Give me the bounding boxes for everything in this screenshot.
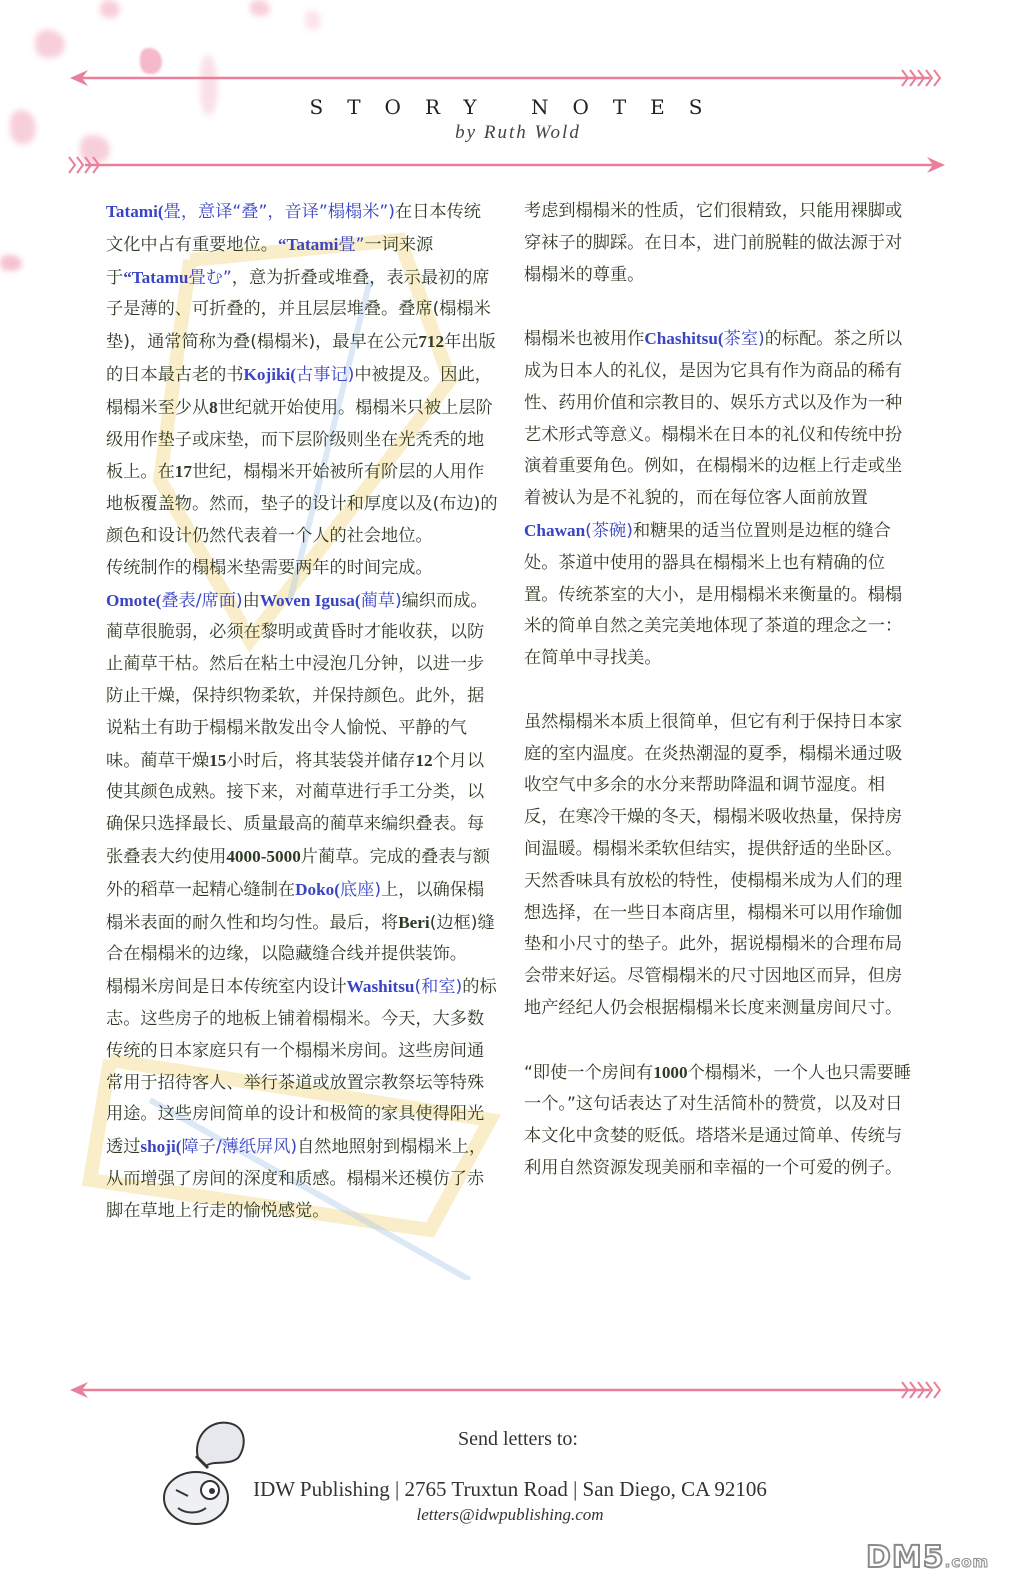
paragraph-tatami-rooms: 榻榻米房间是日本传统室内设计Washitsu(和室)的标志。这些房子的地板上铺着… — [106, 971, 498, 1227]
paragraph-tatami-quote: “即使一个房间有1000个榻榻米，一个人也只需要睡一个。”这句话表达了对生活简朴… — [524, 1057, 914, 1185]
paragraph-tatami-origin: Tatami(畳，意译“叠”，音译”榻榻米”)在日本传统文化中占有重要地位。“T… — [106, 196, 498, 553]
term-omote: Omote(叠表/席面) — [106, 591, 243, 610]
term-shoji: shoji(障子/薄纸屏风) — [140, 1137, 297, 1156]
site-watermark-logo: DM5.com — [866, 1540, 989, 1575]
send-letters-label: Send letters to: — [0, 1428, 1036, 1451]
term-tatamu: “Tatamu畳む” — [123, 268, 232, 287]
arrow-left-icon — [70, 1380, 950, 1400]
arrow-right-icon — [65, 155, 945, 175]
right-column: 考虑到榻榻米的性质，它们很精致，只能用裸脚或穿袜子的脚踩。在日本，进门前脱鞋的做… — [524, 196, 914, 1185]
contact-email[interactable]: letters@idwpublishing.com — [250, 1505, 770, 1525]
term-tatami: Tatami(畳，意译“叠”，音译”榻榻米”) — [106, 202, 395, 221]
term-doko: Doko(底座) — [295, 880, 381, 899]
publisher-address: IDW Publishing | 2765 Truxtun Road | San… — [250, 1477, 770, 1502]
term-igusa: Woven Igusa(蔺草) — [260, 591, 402, 610]
term-washitsu: Washitsu(和室) — [347, 977, 463, 996]
paragraph-tea-ceremony: 榻榻米也被用作Chashitsu(茶室)的标配。茶之所以成为日本人的礼仪，是因为… — [524, 323, 914, 675]
term-chashitsu: Chashitsu(茶室) — [644, 329, 764, 348]
paragraph-tatami-climate: 虽然榻榻米本质上很简单，但它有利于保持日本家庭的室内温度。在炎热潮湿的夏季，榻榻… — [524, 707, 914, 1025]
arrow-left-icon — [70, 68, 950, 88]
page-title: STORY NOTES — [0, 95, 1036, 119]
term-kojiki: Kojiki(古事记) — [244, 365, 355, 384]
byline: by Ruth Wold — [0, 122, 1036, 144]
paragraph-tatami-respect: 考虑到榻榻米的性质，它们很精致，只能用裸脚或穿袜子的脚踩。在日本，进门前脱鞋的做… — [524, 196, 914, 291]
left-column: Tatami(畳，意译“叠”，音译”榻榻米”)在日本传统文化中占有重要地位。“T… — [106, 196, 498, 1228]
term-tatami-quote: “Tatami畳” — [278, 235, 365, 254]
term-chawan: Chawan(茶碗) — [524, 521, 633, 540]
paragraph-tatami-making: 传统制作的榻榻米垫需要两年的时间完成。Omote(叠表/席面)由Woven Ig… — [106, 553, 498, 971]
